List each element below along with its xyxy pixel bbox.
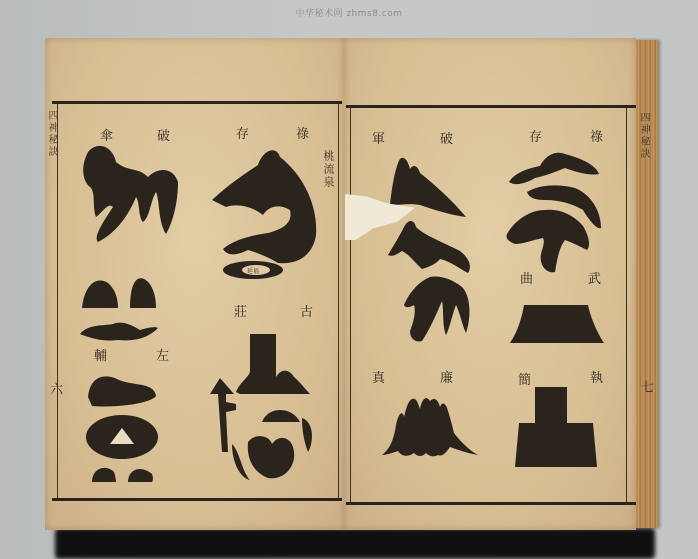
label-jun: 軍 xyxy=(372,133,385,146)
talisman-wu-qu-glyph xyxy=(508,303,606,345)
label-zhuang: 莊 xyxy=(234,306,247,319)
right-bottom-border xyxy=(346,502,636,505)
book-shadow xyxy=(55,528,655,559)
label-zhen: 真 xyxy=(372,372,385,385)
right-top-border xyxy=(346,105,636,108)
left-margin-rule xyxy=(57,104,58,498)
talisman-lian-zhen-glyph xyxy=(380,395,480,460)
label-zuo: 左 xyxy=(156,350,169,363)
right-margin-rule xyxy=(626,108,627,502)
twin-mounds-glyph xyxy=(80,275,160,310)
talisman-zuo-fu-glyph xyxy=(84,372,160,487)
label-lu-right: 祿 xyxy=(590,131,603,144)
label-lu: 祿 xyxy=(296,128,309,141)
left-margin-title: 四神秘訣 xyxy=(44,110,59,158)
label-po-right: 破 xyxy=(440,133,453,146)
label-lian: 廉 xyxy=(440,372,453,385)
bird-shape-glyph xyxy=(78,318,160,346)
right-margin-page: 七 xyxy=(636,380,655,395)
right-margin-title: 四神秘訣 xyxy=(636,112,651,160)
right-inner-rule xyxy=(350,108,351,502)
talisman-po-jun-glyph xyxy=(380,155,480,350)
label-gu: 古 xyxy=(300,306,313,319)
left-inner-rule xyxy=(338,104,339,498)
talisman-gu-zhuang-glyph xyxy=(210,332,320,482)
talisman-zhi-jian-glyph xyxy=(513,385,599,470)
side-note: 桃流泉 xyxy=(320,150,336,189)
left-bottom-border xyxy=(52,498,342,501)
talisman-cun-lu-glyph: 延福 xyxy=(208,145,320,285)
label-zhi: 執 xyxy=(590,372,603,385)
seal-text: 延福 xyxy=(247,267,259,275)
label-cun-right: 存 xyxy=(529,131,542,144)
talisman-po-san-glyph xyxy=(78,142,188,257)
left-margin-page: 六 xyxy=(45,382,64,397)
label-fu: 輔 xyxy=(94,350,107,363)
label-cun: 存 xyxy=(236,128,249,141)
left-top-border xyxy=(52,101,342,104)
watermark-text: 中华秘术网 zhms8.com xyxy=(0,6,698,19)
talisman-cun-lu-right-glyph xyxy=(505,150,605,275)
